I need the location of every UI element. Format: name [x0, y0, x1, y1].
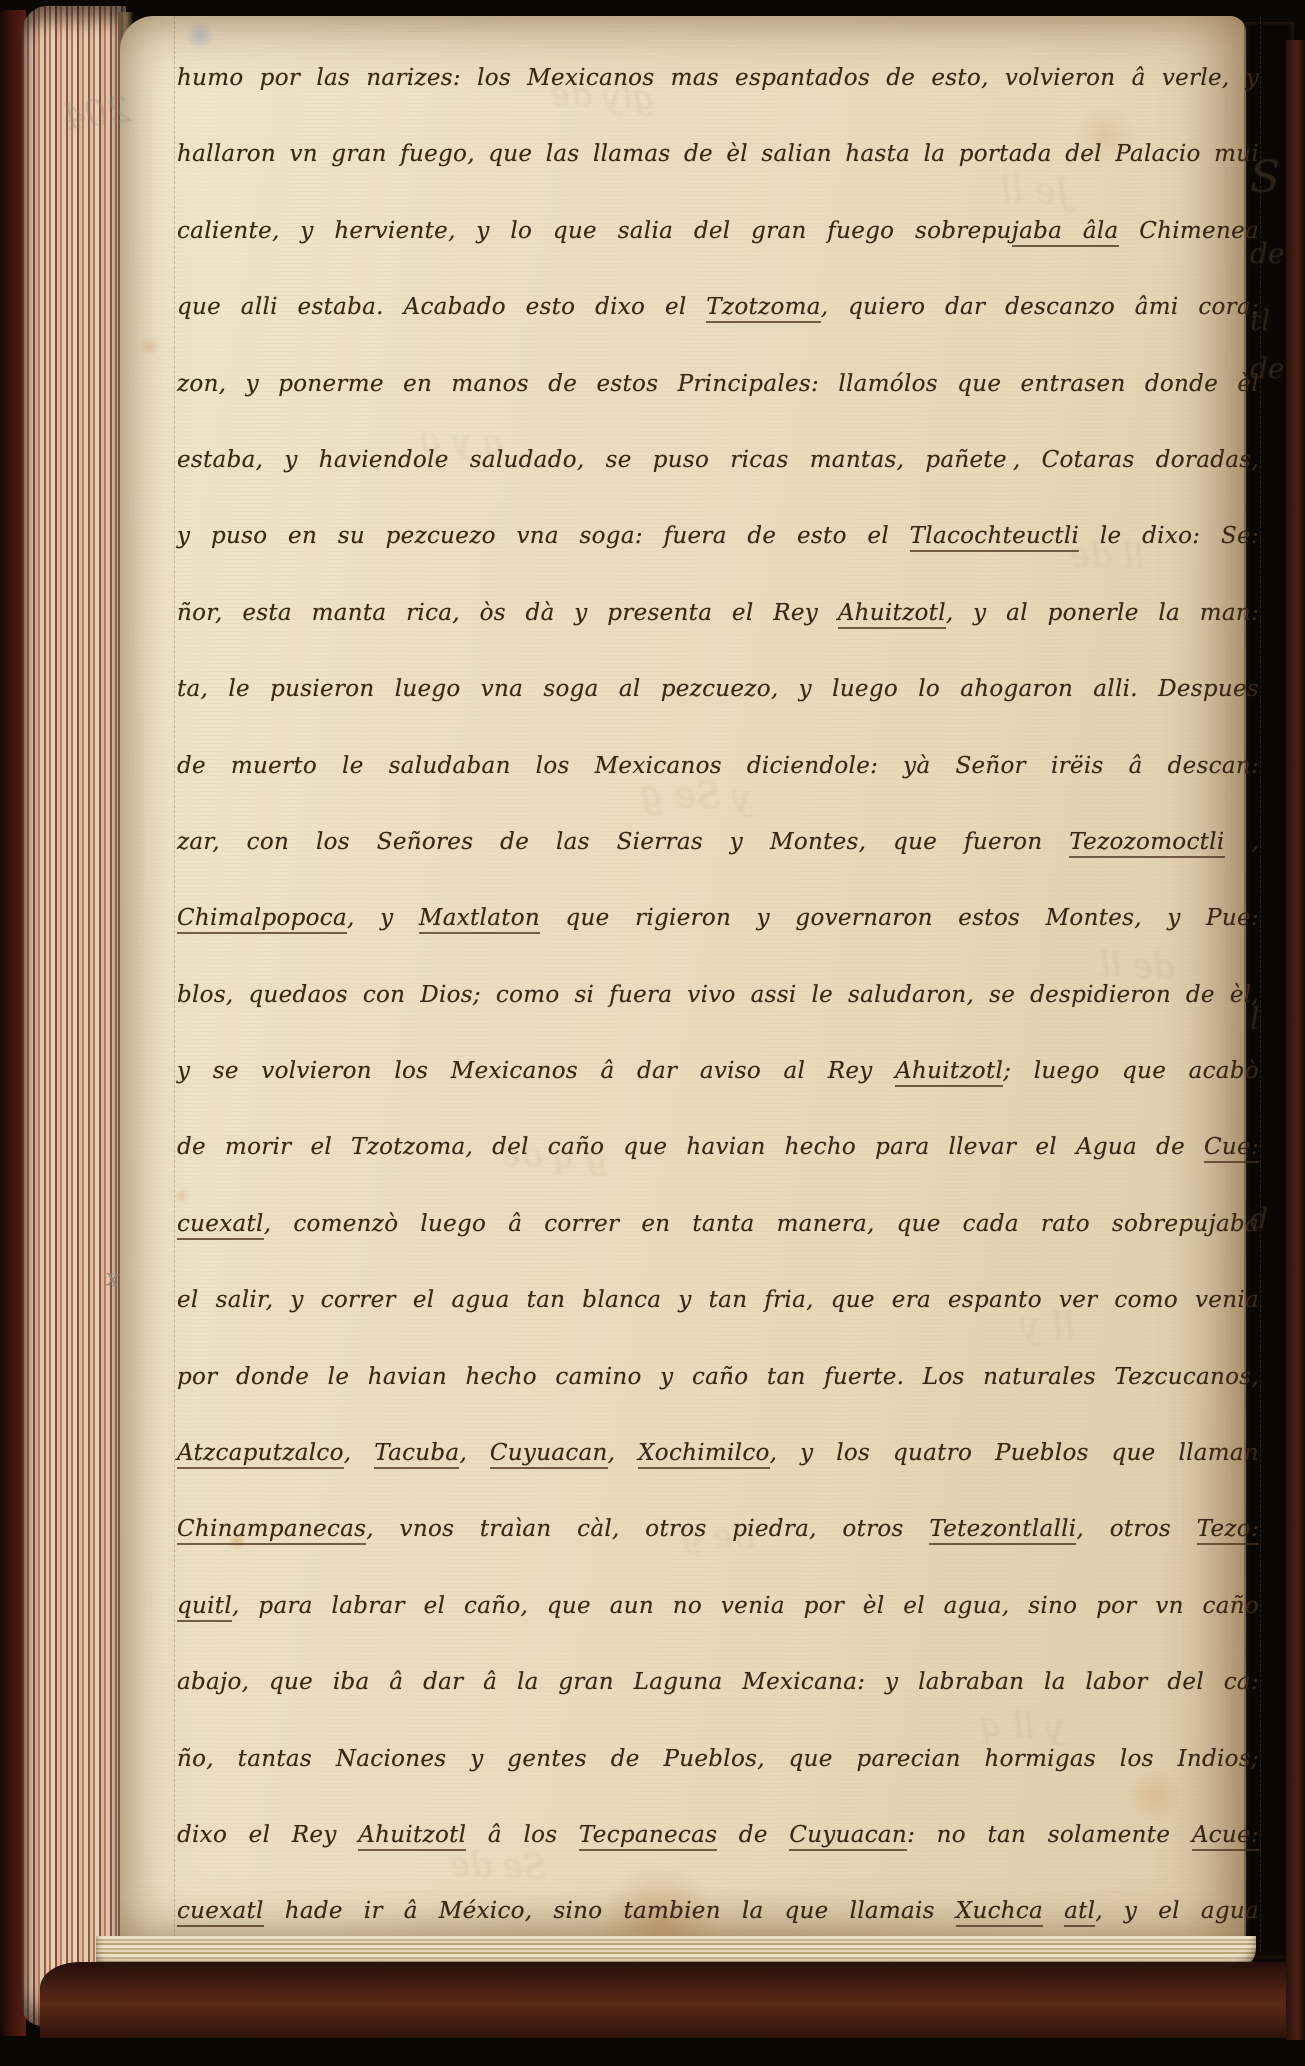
text-segment: atl [1064, 1898, 1095, 1927]
text-segment: Chimalpopoca [177, 905, 347, 934]
text-segment: zar, con los Señores de las Sierras y Mo… [177, 829, 1069, 855]
text-segment: , [344, 1440, 374, 1466]
text-line: y puso en su pezcuezo vna soga: fuera de… [177, 498, 1259, 574]
text-segment: Tecpanecas [579, 1822, 717, 1851]
text-segment: de muerto le saludaban los Mexicanos dic… [177, 753, 1259, 779]
text-line: Chinampanecas, vnos traìan càl, otros pi… [177, 1491, 1259, 1567]
text-line: el salir, y correr el agua tan blanca y … [177, 1262, 1259, 1338]
text-segment: Tezozomoctli [1069, 829, 1224, 858]
text-segment: y se volvieron los Mexicanos â dar aviso… [177, 1058, 895, 1084]
text-segment: Xochimilco [638, 1440, 770, 1469]
text-line: zon, y ponerme en manos de estos Princip… [177, 346, 1259, 422]
text-segment: jaba âla [1012, 218, 1119, 247]
text-line: dixo el Rey Ahuitzotl â los Tecpanecas d… [177, 1797, 1259, 1873]
leather-binding-bottom [40, 1962, 1305, 2038]
next-page-partial-letter: S [1250, 152, 1280, 203]
text-segment: cuexatl [177, 1211, 264, 1240]
page-edges-left-marbled [22, 6, 126, 2026]
text-segment: Xuchca [956, 1898, 1043, 1927]
text-segment: , [459, 1440, 489, 1466]
text-line: hallaron vn gran fuego, que las llamas d… [177, 116, 1259, 192]
text-line: por donde le havian hecho camino y caño … [177, 1339, 1259, 1415]
text-segment: Maxtlaton [419, 905, 540, 934]
text-segment: Ahuitzotl [838, 600, 946, 629]
text-segment: , Cotaras doradas, [1013, 447, 1259, 473]
showthrough-page-number: 204 [60, 90, 133, 139]
text-segment: estaba, y haviendole saludado, se puso r… [177, 447, 1007, 473]
text-segment: , vnos traìan càl, otros piedra, otros [366, 1516, 929, 1542]
text-segment: Tlacochteuctli [910, 523, 1080, 552]
text-segment: zon, y ponerme en manos de estos Princip… [177, 371, 1259, 397]
text-segment: ñor, esta manta rica, òs dà y presenta e… [177, 600, 838, 626]
margin-pencil-x-mark: x [105, 1263, 121, 1292]
text-segment: humo por las narizes: los Mexicanos mas … [177, 65, 1259, 91]
text-line: zar, con los Señores de las Sierras y Mo… [177, 804, 1259, 880]
text-segment: : no tan solamente [907, 1822, 1192, 1848]
text-line: blos, quedaos con Dios; como si fuera vi… [177, 957, 1259, 1033]
leather-binding-right [1286, 40, 1305, 2040]
text-segment: , quiero dar descanzo âmi cora: [821, 294, 1259, 320]
text-line: quitl, para labrar el caño, que aun no v… [177, 1568, 1259, 1644]
text-segment: cuexatl [177, 1898, 264, 1927]
text-segment: , y el agua [1095, 1898, 1259, 1924]
next-page-partial-letter: de [1250, 237, 1285, 270]
text-segment: que rigieron y governaron estos Montes, … [540, 905, 1259, 931]
text-segment: dixo el Rey [177, 1822, 358, 1848]
next-page-partial-letter: de [1250, 352, 1285, 385]
text-line: humo por las narizes: los Mexicanos mas … [177, 40, 1259, 116]
text-segment: hade ir â México, sino tambien la que ll… [264, 1898, 956, 1924]
text-line: Atzcaputzalco, Tacuba, Cuyuacan, Xochimi… [177, 1415, 1259, 1491]
text-segment: ta, le pusieron luego vna soga al pezcue… [177, 676, 1259, 702]
text-segment: , y al ponerle la man: [946, 600, 1259, 626]
text-segment: caliente, y herviente, y lo que salia de… [177, 218, 1012, 244]
text-segment: Chimenea [1119, 218, 1259, 244]
text-segment: Tzotzoma [706, 294, 820, 323]
text-segment: que alli estaba. Acabado esto dixo el [177, 294, 706, 320]
text-line: que alli estaba. Acabado esto dixo el Tz… [177, 269, 1259, 345]
text-line: cuexatl, comenzò luego â correr en tanta… [177, 1186, 1259, 1262]
next-page-partial-letter: l [1250, 1002, 1260, 1037]
text-segment: â los [466, 1822, 579, 1848]
text-segment: de [717, 1822, 789, 1848]
text-line: caliente, y herviente, y lo que salia de… [177, 193, 1259, 269]
text-segment: , otros [1076, 1516, 1196, 1542]
text-segment: por donde le havian hecho camino y caño … [177, 1364, 1259, 1390]
text-segment: ; luego que acabò [1003, 1058, 1259, 1084]
text-line: estaba, y haviendole saludado, se puso r… [177, 422, 1259, 498]
manuscript-page: 204 x humo por las narizes: los Mexicano… [120, 16, 1246, 1952]
ruled-margin-left [174, 16, 175, 1952]
text-segment: abajo, que iba â dar â la gran Laguna Me… [177, 1669, 1259, 1695]
text-line: Chimalpopoca, y Maxtlaton que rigieron y… [177, 880, 1259, 956]
manuscript-text: humo por las narizes: los Mexicanos mas … [177, 40, 1259, 1950]
text-line: ñor, esta manta rica, òs dà y presenta e… [177, 575, 1259, 651]
text-segment: Chinampanecas [177, 1516, 366, 1545]
text-segment: Cuyuacan [490, 1440, 608, 1469]
text-line: ño, tantas Naciones y gentes de Pueblos,… [177, 1721, 1259, 1797]
text-segment: quitl [177, 1593, 232, 1622]
text-line: de morir el Tzotzoma, del caño que havia… [177, 1109, 1259, 1185]
text-segment: Atzcaputzalco [177, 1440, 344, 1469]
text-segment: , [608, 1440, 638, 1466]
text-segment: , comenzò luego â correr en tanta manera… [264, 1211, 1259, 1237]
text-segment: le dixo: Se: [1079, 523, 1259, 549]
text-segment: , y los quatro Pueblos que llaman [770, 1440, 1259, 1466]
next-page-partial-letter: tl [1250, 304, 1270, 337]
text-segment: Ahuitzotl [358, 1822, 466, 1851]
text-segment: el salir, y correr el agua tan blanca y … [177, 1287, 1259, 1313]
text-segment: Tacuba [374, 1440, 459, 1469]
text-segment: hallaron vn gran fuego, que las llamas d… [177, 141, 1259, 167]
text-segment: y puso en su pezcuezo vna soga: fuera de… [177, 523, 910, 549]
text-line: abajo, que iba â dar â la gran Laguna Me… [177, 1644, 1259, 1720]
text-line: ta, le pusieron luego vna soga al pezcue… [177, 651, 1259, 727]
text-segment [1043, 1898, 1064, 1924]
text-segment: Cuyuacan [789, 1822, 907, 1851]
text-segment: , y [347, 905, 419, 931]
text-segment: blos, quedaos con Dios; como si fuera vi… [177, 982, 1259, 1008]
text-line: y se volvieron los Mexicanos â dar aviso… [177, 1033, 1259, 1109]
text-segment: Tetezontlalli [929, 1516, 1076, 1545]
text-line: de muerto le saludaban los Mexicanos dic… [177, 728, 1259, 804]
text-segment: Ahuitzotl [895, 1058, 1003, 1087]
next-page-partial-letter: d [1250, 1202, 1268, 1235]
text-segment: de morir el Tzotzoma, del caño que havia… [177, 1134, 1204, 1160]
text-segment: , para labrar el caño, que aun no venia … [232, 1593, 1259, 1619]
text-segment: ño, tantas Naciones y gentes de Pueblos,… [177, 1746, 1259, 1772]
